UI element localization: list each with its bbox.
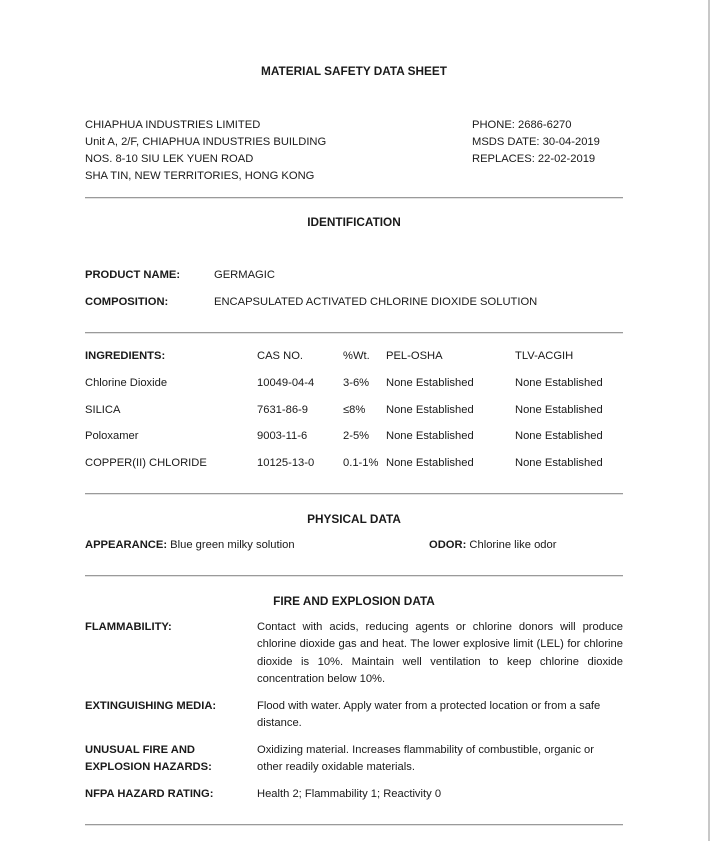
ingredient-wt: 3-6% — [343, 377, 369, 389]
msds-date: MSDS DATE: 30-04-2019 — [472, 136, 600, 148]
ingredient-wt: 2-5% — [343, 430, 369, 442]
ingredient-pel: None Established — [386, 430, 474, 442]
fire-explosion-heading: FIRE AND EXPLOSION DATA — [85, 594, 623, 608]
unusual-hazards-label-line-2: EXPLOSION HAZARDS: — [85, 761, 212, 773]
odor-value: Chlorine like odor — [466, 539, 556, 551]
ingredient-pel: None Established — [386, 457, 474, 469]
replaces-date: REPLACES: 22-02-2019 — [472, 153, 595, 165]
extinguishing-media-value: Flood with water. Apply water from a pro… — [257, 698, 619, 733]
ingredient-pel: None Established — [386, 377, 474, 389]
product-name-label: PRODUCT NAME: — [85, 269, 180, 281]
ingredient-cas: 7631-86-9 — [257, 404, 308, 416]
ingredient-cas: 10049-04-4 — [257, 377, 314, 389]
ingredient-wt: 0.1-1% — [343, 457, 378, 469]
divider — [85, 824, 623, 826]
table-header-pel: PEL-OSHA — [386, 350, 443, 362]
document-title: MATERIAL SAFETY DATA SHEET — [85, 64, 623, 78]
appearance-value: Blue green milky solution — [167, 539, 294, 551]
ingredient-name: Chlorine Dioxide — [85, 377, 167, 389]
ingredient-pel: None Established — [386, 404, 474, 416]
ingredient-cas: 9003-11-6 — [257, 430, 307, 442]
flammability-label: FLAMMABILITY: — [85, 621, 172, 633]
ingredient-tlv: None Established — [515, 377, 603, 389]
divider — [85, 197, 623, 199]
table-header-cas: CAS NO. — [257, 350, 303, 362]
divider — [85, 332, 623, 334]
phone: PHONE: 2686-6270 — [472, 119, 572, 131]
ingredient-tlv: None Established — [515, 404, 603, 416]
unusual-hazards-value: Oxidizing material. Increases flammabili… — [257, 742, 619, 777]
divider — [85, 575, 623, 577]
company-address-line-2: NOS. 8-10 SIU LEK YUEN ROAD — [85, 153, 253, 165]
nfpa-rating-label: NFPA HAZARD RATING: — [85, 788, 213, 800]
odor-label: ODOR: — [429, 539, 466, 551]
ingredient-name: SILICA — [85, 404, 120, 416]
ingredient-cas: 10125-13-0 — [257, 457, 314, 469]
ingredient-tlv: None Established — [515, 430, 603, 442]
appearance-label: APPEARANCE: — [85, 539, 167, 551]
nfpa-rating-value: Health 2; Flammability 1; Reactivity 0 — [257, 788, 441, 800]
ingredient-tlv: None Established — [515, 457, 603, 469]
ingredient-wt: ≤8% — [343, 404, 365, 416]
table-header-ingredients: INGREDIENTS: — [85, 350, 165, 362]
identification-heading: IDENTIFICATION — [85, 215, 623, 229]
physical-data-heading: PHYSICAL DATA — [85, 512, 623, 526]
odor-field: ODOR: Chlorine like odor — [429, 539, 556, 551]
company-address-line-3: SHA TIN, NEW TERRITORIES, HONG KONG — [85, 170, 314, 182]
extinguishing-media-label: EXTINGUISHING MEDIA: — [85, 700, 216, 712]
composition-value: ENCAPSULATED ACTIVATED CHLORINE DIOXIDE … — [214, 296, 537, 308]
unusual-hazards-label-line-1: UNUSUAL FIRE AND — [85, 744, 195, 756]
ingredient-name: Poloxamer — [85, 430, 138, 442]
company-name: CHIAPHUA INDUSTRIES LIMITED — [85, 119, 260, 131]
ingredient-name: COPPER(II) CHLORIDE — [85, 457, 207, 469]
appearance-field: APPEARANCE: Blue green milky solution — [85, 539, 295, 551]
company-address-line-1: Unit A, 2/F, CHIAPHUA INDUSTRIES BUILDIN… — [85, 136, 326, 148]
table-header-wt: %Wt. — [343, 350, 370, 362]
flammability-value: Contact with acids, reducing agents or c… — [257, 619, 623, 689]
divider — [85, 493, 623, 495]
product-name-value: GERMAGIC — [214, 269, 275, 281]
composition-label: COMPOSITION: — [85, 296, 168, 308]
table-header-tlv: TLV-ACGIH — [515, 350, 573, 362]
